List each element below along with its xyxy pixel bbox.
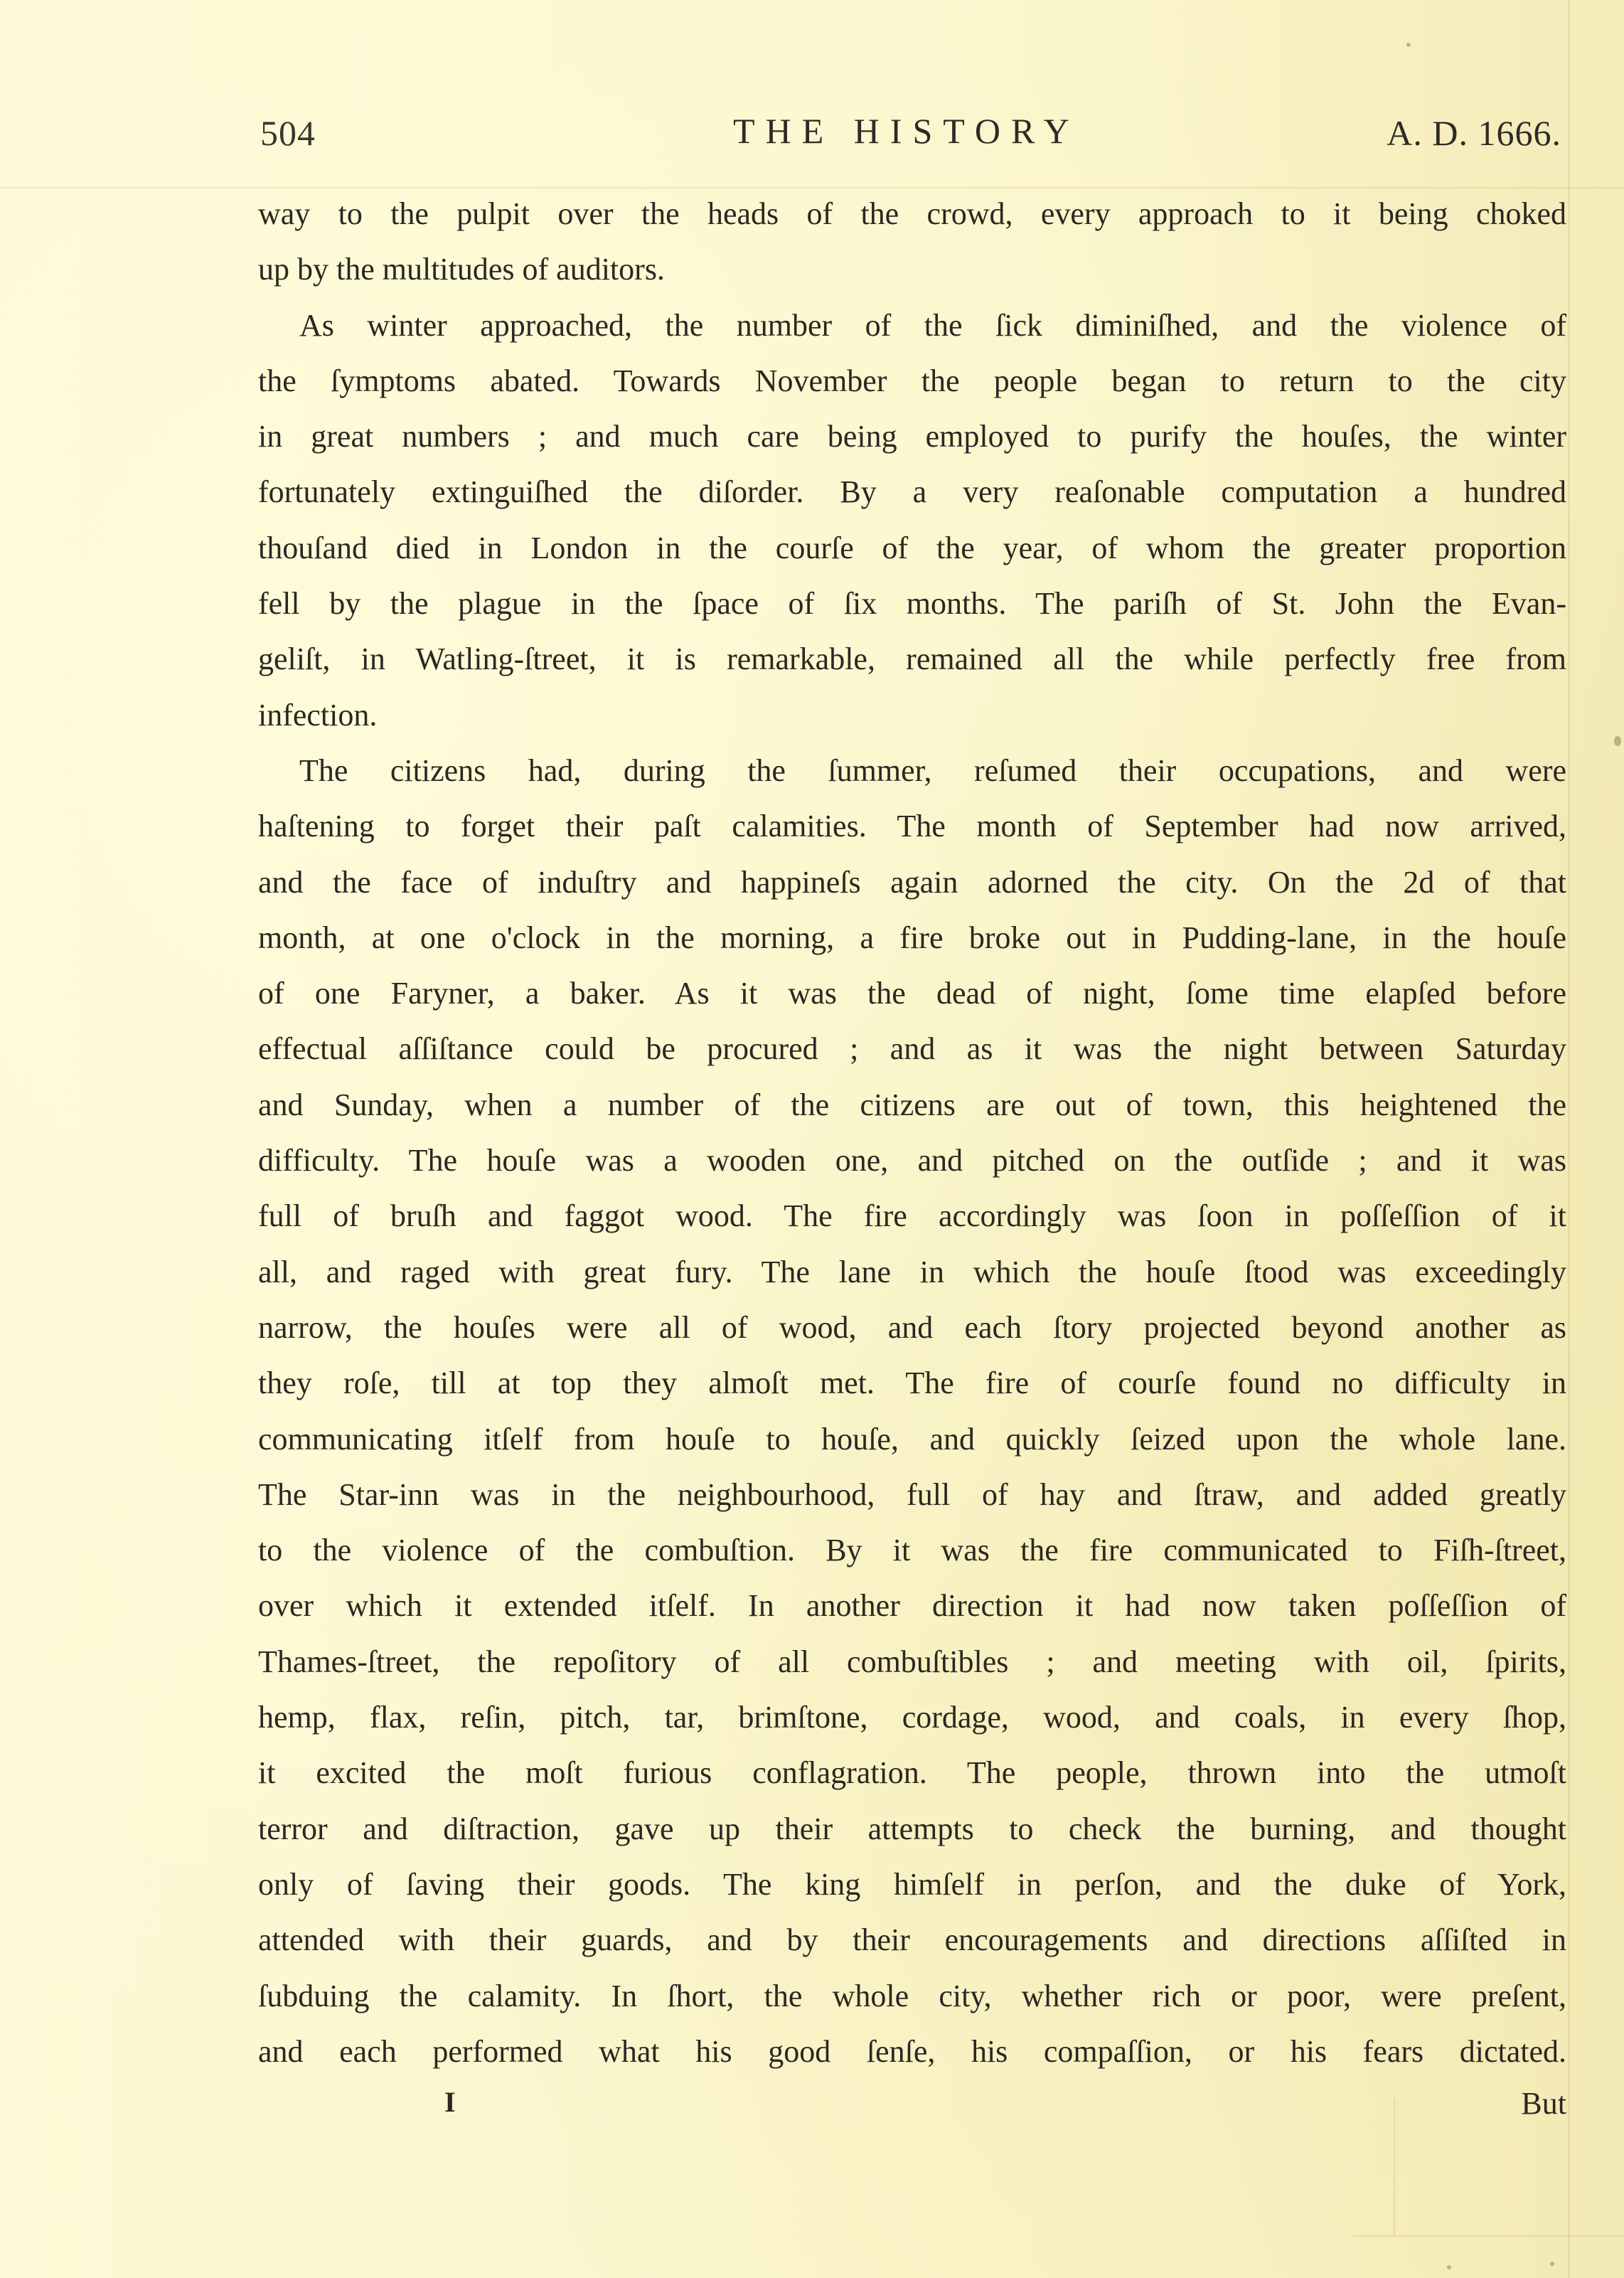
text-line: only of ſaving their goods. The king him… xyxy=(258,1857,1566,1912)
text-line: way to the pulpit over the heads of the … xyxy=(258,186,1566,242)
paper-fold-line xyxy=(1568,0,1570,2278)
text-line: full of bruſh and faggot wood. The fire … xyxy=(258,1188,1566,1244)
text-line: narrow, the houſes were all of wood, and… xyxy=(258,1300,1566,1356)
text-line: fortunately extinguiſhed the diſorder. B… xyxy=(258,464,1566,520)
paper-fold-line xyxy=(1351,2235,1624,2237)
text-line: terror and diſtraction, gave up their at… xyxy=(258,1801,1566,1857)
text-line: of one Faryner, a baker. As it was the d… xyxy=(258,966,1566,1021)
paper-speck xyxy=(1550,2262,1554,2266)
text-line: and the face of induſtry and happineſs a… xyxy=(258,855,1566,910)
text-line: in great numbers ; and much care being e… xyxy=(258,409,1566,464)
paragraph-plague-ends: As winter approached, the number of the … xyxy=(258,298,1566,743)
text-line: attended with their guards, and by their… xyxy=(258,1912,1566,1968)
text-line: month, at one o'clock in the morning, a … xyxy=(258,910,1566,966)
text-line: and each performed what his good ſenſe, … xyxy=(258,2024,1566,2080)
text-line: it excited the moſt furious conflagratio… xyxy=(258,1745,1566,1801)
text-line: difficulty. The houſe was a wooden one, … xyxy=(258,1133,1566,1188)
text-line: Thames-ſtreet, the repoſitory of all com… xyxy=(258,1634,1566,1690)
text-line: effectual aſſiſtance could be procured ;… xyxy=(258,1021,1566,1077)
text-line: the ſymptoms abated. Towards November th… xyxy=(258,353,1566,409)
text-line: communicating itſelf from houſe to houſe… xyxy=(258,1412,1566,1467)
running-head: 504 THE HISTORY A. D. 1666. xyxy=(260,107,1561,156)
text-line: hemp, flax, reſin, pitch, tar, brimſtone… xyxy=(258,1690,1566,1745)
page-number: 504 xyxy=(260,112,316,154)
text-line: they roſe, till at top they almoſt met. … xyxy=(258,1356,1566,1411)
body-text: way to the pulpit over the heads of the … xyxy=(258,186,1566,2080)
paper-fold-line xyxy=(0,187,1624,188)
text-line: As winter approached, the number of the … xyxy=(258,298,1566,353)
page-footer: I But xyxy=(258,2085,1566,2128)
paper-speck xyxy=(1406,43,1411,47)
running-head-title: THE HISTORY xyxy=(733,110,1080,151)
text-line: over which it extended itſelf. In anothe… xyxy=(258,1578,1566,1634)
text-line: geliſt, in Watling-ſtreet, it is remarka… xyxy=(258,632,1566,687)
text-line: infection. xyxy=(258,688,1566,743)
paper-fold-line xyxy=(1394,2098,1395,2237)
running-head-date: A. D. 1666. xyxy=(1387,112,1561,154)
paper-speck xyxy=(1447,2265,1451,2269)
text-line: up by the multitudes of auditors. xyxy=(258,242,1566,297)
text-line: thouſand died in London in the courſe of… xyxy=(258,521,1566,576)
text-line: The citizens had, during the ſummer, reſ… xyxy=(258,743,1566,799)
paragraph-continuation: way to the pulpit over the heads of the … xyxy=(258,186,1566,298)
catchword: But xyxy=(1521,2085,1566,2122)
book-page: 504 THE HISTORY A. D. 1666. way to the p… xyxy=(0,0,1624,2278)
text-line: to the violence of the combuſtion. By it… xyxy=(258,1523,1566,1578)
text-line: ſubduing the calamity. In ſhort, the who… xyxy=(258,1969,1566,2024)
signature-mark: I xyxy=(444,2085,456,2119)
paper-speck xyxy=(1614,736,1621,746)
text-line: haſtening to forget their paſt calamitie… xyxy=(258,799,1566,854)
text-line: fell by the plague in the ſpace of ſix m… xyxy=(258,576,1566,632)
text-line: The Star-inn was in the neighbourhood, f… xyxy=(258,1467,1566,1523)
text-line: and Sunday, when a number of the citizen… xyxy=(258,1077,1566,1133)
paragraph-great-fire: The citizens had, during the ſummer, reſ… xyxy=(258,743,1566,2080)
text-line: all, and raged with great fury. The lane… xyxy=(258,1245,1566,1300)
